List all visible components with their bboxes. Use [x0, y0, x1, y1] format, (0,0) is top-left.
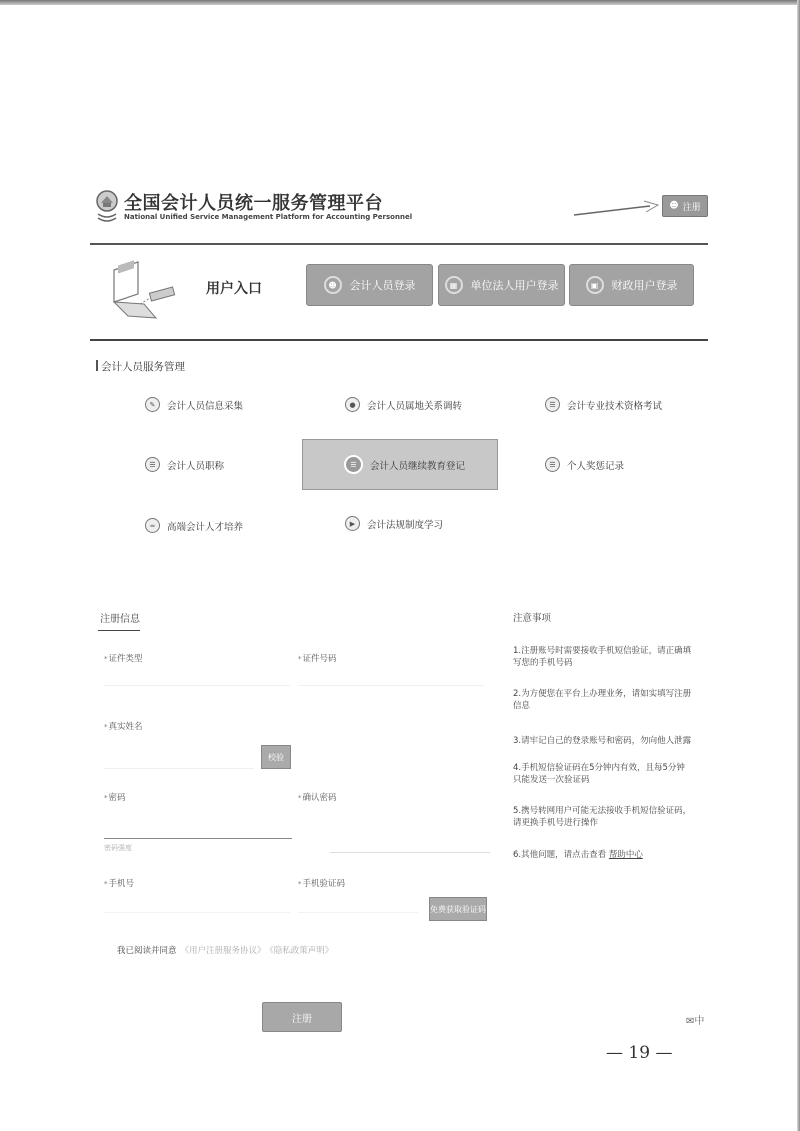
privacy-policy-link[interactable]: 《隐私政策声明》 [270, 946, 334, 956]
unit-legal-login-button[interactable]: ▦ 单位法人用户登录 [438, 264, 565, 306]
page-number: — 19 — [606, 1043, 672, 1063]
phone-label: *手机号 [104, 877, 134, 889]
record-icon: ☰ [545, 457, 560, 472]
customer-service-icon[interactable]: ✉中 [686, 1012, 704, 1027]
person-icon: ☻ [669, 201, 678, 211]
service-label: 高端会计人才培养 [167, 519, 243, 533]
section-marker [96, 360, 98, 371]
form-title: 注册信息 [100, 610, 140, 625]
form-icon: ✎ [145, 397, 160, 412]
education-icon: ☰ [344, 455, 363, 474]
phone-code-input[interactable] [298, 912, 418, 913]
arrow-annotation-icon [572, 198, 662, 218]
phone-input[interactable] [104, 912, 290, 913]
agreement-text: 我已阅读并同意 [117, 946, 177, 956]
id-type-select[interactable] [104, 685, 290, 686]
register-button-label: 注册 [683, 200, 701, 213]
platform-title: 全国会计人员统一服务管理平台 [124, 189, 383, 215]
phone-label-text: 手机号 [109, 879, 135, 889]
required-mark: * [298, 794, 302, 802]
accountant-login-label: 会计人员登录 [350, 277, 416, 293]
services-title-text: 会计人员服务管理 [101, 361, 185, 373]
entry-divider [90, 339, 708, 341]
confirm-password-input[interactable] [330, 852, 490, 853]
finance-login-label: 财政用户登录 [612, 277, 678, 293]
register-button[interactable]: ☻ 注册 [662, 195, 708, 217]
password-label-text: 密码 [109, 793, 126, 803]
service-label: 个人奖惩记录 [567, 458, 624, 472]
form-title-underline [98, 630, 140, 631]
note-item: 2.为方便您在平台上办理业务，请如实填写注册信息 [513, 688, 693, 712]
training-icon: ═ [145, 518, 160, 533]
service-label: 会计人员信息采集 [167, 398, 243, 412]
note-item: 1.注册账号时需要接收手机短信验证，请正确填写您的手机号码 [513, 645, 693, 669]
service-continuing-education[interactable]: ☰ 会计人员继续教育登记 [344, 455, 465, 474]
agreement-row: 我已阅读并同意《用户注册服务协议》《隐私政策声明》 [117, 944, 333, 956]
user-entry-label: 用户入口 [206, 278, 262, 298]
service-label: 会计法规制度学习 [367, 517, 443, 531]
service-agreement-link[interactable]: 《用户注册服务协议》 [181, 946, 266, 956]
note-item-help: 6.其他问题，请点击查看 帮助中心 [513, 849, 693, 861]
unit-legal-login-label: 单位法人用户登录 [471, 277, 559, 293]
platform-subtitle: National Unified Service Management Plat… [124, 213, 412, 221]
required-mark: * [298, 880, 302, 888]
help-center-link[interactable]: 帮助中心 [609, 850, 643, 860]
service-label: 会计人员属地关系调转 [367, 398, 462, 412]
required-mark: * [104, 723, 108, 731]
note-item: 4.手机短信验证码在5分钟内有效，且每5分钟只能发送一次验证码 [513, 762, 693, 786]
confirm-password-label-text: 确认密码 [303, 793, 337, 803]
building-icon: ▦ [445, 276, 463, 294]
password-label: *密码 [104, 791, 126, 803]
computer-illustration-icon [104, 260, 184, 322]
header-divider [90, 243, 708, 245]
service-label: 会计人员继续教育登记 [370, 458, 465, 472]
service-professional-title[interactable]: ☰ 会计人员职称 [145, 457, 224, 472]
note-item: 5.携号转网用户可能无法接收手机短信验证码，请更换手机号进行操作 [513, 805, 693, 829]
service-label: 会计专业技术资格考试 [567, 398, 662, 412]
play-icon: ▶ [345, 516, 360, 531]
service-regulation-study[interactable]: ▶ 会计法规制度学习 [345, 516, 443, 531]
confirm-password-label: *确认密码 [298, 791, 337, 803]
send-code-button[interactable]: 免费获取验证码 [429, 897, 487, 921]
phone-code-label-text: 手机验证码 [303, 879, 346, 889]
id-type-label: *证件类型 [104, 652, 143, 664]
id-type-label-text: 证件类型 [109, 654, 143, 664]
password-input[interactable] [104, 838, 292, 839]
real-name-label: *真实姓名 [104, 720, 143, 732]
person-icon: ☻ [324, 276, 342, 294]
submit-register-button[interactable]: 注册 [262, 1002, 342, 1032]
password-strength-hint: 密码强度 [104, 843, 132, 853]
id-number-input[interactable] [298, 685, 484, 686]
required-mark: * [298, 655, 302, 663]
service-info-collection[interactable]: ✎ 会计人员信息采集 [145, 397, 243, 412]
verify-button[interactable]: 校验 [261, 745, 291, 769]
id-number-label: *证件号码 [298, 652, 337, 664]
real-name-input[interactable] [104, 768, 254, 769]
note-item: 3.请牢记自己的登录账号和密码，勿向他人泄露 [513, 735, 693, 747]
exam-icon: ☰ [545, 397, 560, 412]
service-qualification-exam[interactable]: ☰ 会计专业技术资格考试 [545, 397, 662, 412]
scan-edge-top [0, 0, 800, 5]
national-emblem-icon [95, 190, 119, 224]
service-talent-training[interactable]: ═ 高端会计人才培养 [145, 518, 243, 533]
note-help-text: 6.其他问题，请点击查看 [513, 850, 606, 860]
service-transfer[interactable]: ● 会计人员属地关系调转 [345, 397, 462, 412]
accountant-login-button[interactable]: ☻ 会计人员登录 [306, 264, 433, 306]
required-mark: * [104, 880, 108, 888]
real-name-label-text: 真实姓名 [109, 722, 143, 732]
required-mark: * [104, 794, 108, 802]
finance-login-button[interactable]: ▣ 财政用户登录 [569, 264, 694, 306]
phone-code-label: *手机验证码 [298, 877, 345, 889]
document-icon: ▣ [586, 276, 604, 294]
id-number-label-text: 证件号码 [303, 654, 337, 664]
notes-title: 注意事项 [513, 610, 551, 624]
services-section-title: 会计人员服务管理 [96, 359, 185, 374]
service-icon-label: 中 [694, 1016, 704, 1027]
transfer-icon: ● [345, 397, 360, 412]
service-rewards-record[interactable]: ☰ 个人奖惩记录 [545, 457, 624, 472]
required-mark: * [104, 655, 108, 663]
service-label: 会计人员职称 [167, 458, 224, 472]
title-icon: ☰ [145, 457, 160, 472]
